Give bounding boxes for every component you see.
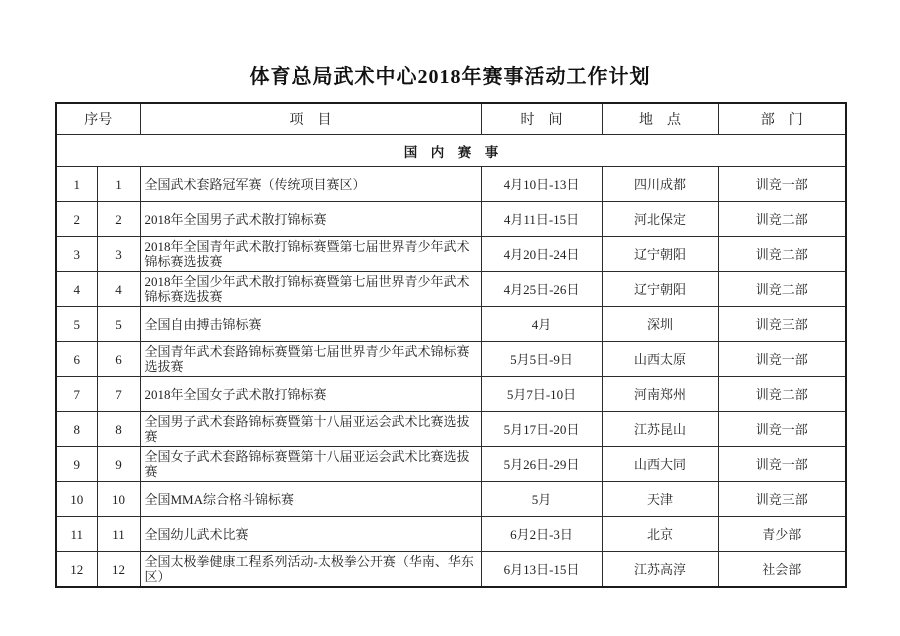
event-time: 4月10日-13日 (481, 167, 602, 202)
event-name: 2018年全国青年武术散打锦标赛暨第七届世界青少年武术锦标赛选拔赛 (140, 237, 481, 272)
event-name: 全国男子武术套路锦标赛暨第十八届亚运会武术比赛选拔赛 (140, 412, 481, 447)
page-title: 体育总局武术中心2018年赛事活动工作计划 (0, 0, 900, 89)
event-name: 2018年全国少年武术散打锦标赛暨第七届世界青少年武术锦标赛选拔赛 (140, 272, 481, 307)
row-number-secondary: 12 (97, 552, 140, 588)
row-number-secondary: 4 (97, 272, 140, 307)
event-name: 全国自由搏击锦标赛 (140, 307, 481, 342)
row-number-secondary: 9 (97, 447, 140, 482)
event-name: 全国太极拳健康工程系列活动-太极拳公开赛（华南、华东区） (140, 552, 481, 588)
event-location: 河北保定 (602, 202, 718, 237)
table-row: 55全国自由搏击锦标赛4月深圳训竞三部 (56, 307, 846, 342)
event-name: 全国青年武术套路锦标赛暨第七届世界青少年武术锦标赛选拔赛 (140, 342, 481, 377)
event-time: 4月11日-15日 (481, 202, 602, 237)
table-row: 1010全国MMA综合格斗锦标赛5月天津训竞三部 (56, 482, 846, 517)
event-department: 训竞二部 (718, 202, 846, 237)
header-location: 地 点 (602, 103, 718, 135)
row-number-secondary: 10 (97, 482, 140, 517)
event-location: 辽宁朝阳 (602, 237, 718, 272)
event-time: 4月20日-24日 (481, 237, 602, 272)
row-number-primary: 1 (56, 167, 97, 202)
row-number-primary: 4 (56, 272, 97, 307)
event-department: 训竞一部 (718, 342, 846, 377)
event-name: 2018年全国女子武术散打锦标赛 (140, 377, 481, 412)
table-row: 99全国女子武术套路锦标赛暨第十八届亚运会武术比赛选拔赛5月26日-29日山西大… (56, 447, 846, 482)
event-location: 河南郑州 (602, 377, 718, 412)
event-department: 社会部 (718, 552, 846, 588)
schedule-table: 序号 项 目 时 间 地 点 部 门 国 内 赛 事 11全国武术套路冠军赛（传… (55, 102, 847, 588)
row-number-secondary: 8 (97, 412, 140, 447)
row-number-secondary: 6 (97, 342, 140, 377)
header-row: 序号 项 目 时 间 地 点 部 门 (56, 103, 846, 135)
row-number-primary: 10 (56, 482, 97, 517)
header-department: 部 门 (718, 103, 846, 135)
event-location: 江苏高淳 (602, 552, 718, 588)
event-department: 训竞一部 (718, 412, 846, 447)
row-number-primary: 12 (56, 552, 97, 588)
event-department: 训竞二部 (718, 272, 846, 307)
event-time: 6月2日-3日 (481, 517, 602, 552)
event-location: 山西太原 (602, 342, 718, 377)
event-location: 山西大同 (602, 447, 718, 482)
event-time: 5月7日-10日 (481, 377, 602, 412)
event-name: 全国幼儿武术比赛 (140, 517, 481, 552)
row-number-primary: 11 (56, 517, 97, 552)
event-department: 训竞三部 (718, 482, 846, 517)
event-time: 5月17日-20日 (481, 412, 602, 447)
event-name: 全国武术套路冠军赛（传统项目赛区） (140, 167, 481, 202)
event-department: 训竞三部 (718, 307, 846, 342)
header-index: 序号 (56, 103, 140, 135)
row-number-secondary: 11 (97, 517, 140, 552)
event-time: 5月 (481, 482, 602, 517)
table-row: 11全国武术套路冠军赛（传统项目赛区）4月10日-13日四川成都训竞一部 (56, 167, 846, 202)
table-row: 66全国青年武术套路锦标赛暨第七届世界青少年武术锦标赛选拔赛5月5日-9日山西太… (56, 342, 846, 377)
table-row: 222018年全国男子武术散打锦标赛4月11日-15日河北保定训竞二部 (56, 202, 846, 237)
row-number-primary: 7 (56, 377, 97, 412)
section-row: 国 内 赛 事 (56, 135, 846, 167)
header-project: 项 目 (140, 103, 481, 135)
section-title: 国 内 赛 事 (56, 135, 846, 167)
header-time: 时 间 (481, 103, 602, 135)
event-name: 全国女子武术套路锦标赛暨第十八届亚运会武术比赛选拔赛 (140, 447, 481, 482)
event-location: 北京 (602, 517, 718, 552)
event-location: 天津 (602, 482, 718, 517)
row-number-secondary: 1 (97, 167, 140, 202)
row-number-primary: 2 (56, 202, 97, 237)
row-number-secondary: 5 (97, 307, 140, 342)
event-department: 训竞一部 (718, 447, 846, 482)
table-row: 88全国男子武术套路锦标赛暨第十八届亚运会武术比赛选拔赛5月17日-20日江苏昆… (56, 412, 846, 447)
row-number-secondary: 7 (97, 377, 140, 412)
event-location: 深圳 (602, 307, 718, 342)
table-body: 11全国武术套路冠军赛（传统项目赛区）4月10日-13日四川成都训竞一部2220… (56, 167, 846, 588)
row-number-primary: 8 (56, 412, 97, 447)
event-time: 5月26日-29日 (481, 447, 602, 482)
row-number-primary: 5 (56, 307, 97, 342)
event-department: 训竞二部 (718, 237, 846, 272)
event-location: 四川成都 (602, 167, 718, 202)
event-location: 江苏昆山 (602, 412, 718, 447)
event-location: 辽宁朝阳 (602, 272, 718, 307)
table-row: 1212全国太极拳健康工程系列活动-太极拳公开赛（华南、华东区）6月13日-15… (56, 552, 846, 588)
event-time: 5月5日-9日 (481, 342, 602, 377)
event-name: 2018年全国男子武术散打锦标赛 (140, 202, 481, 237)
event-department: 青少部 (718, 517, 846, 552)
row-number-primary: 9 (56, 447, 97, 482)
row-number-primary: 6 (56, 342, 97, 377)
event-department: 训竞一部 (718, 167, 846, 202)
row-number-primary: 3 (56, 237, 97, 272)
row-number-secondary: 3 (97, 237, 140, 272)
table-row: 772018年全国女子武术散打锦标赛5月7日-10日河南郑州训竞二部 (56, 377, 846, 412)
event-time: 4月 (481, 307, 602, 342)
document-page: 体育总局武术中心2018年赛事活动工作计划 序号 项 目 时 间 地 点 部 门… (0, 0, 900, 636)
event-name: 全国MMA综合格斗锦标赛 (140, 482, 481, 517)
table-row: 442018年全国少年武术散打锦标赛暨第七届世界青少年武术锦标赛选拔赛4月25日… (56, 272, 846, 307)
event-time: 6月13日-15日 (481, 552, 602, 588)
event-department: 训竞二部 (718, 377, 846, 412)
event-time: 4月25日-26日 (481, 272, 602, 307)
table-row: 332018年全国青年武术散打锦标赛暨第七届世界青少年武术锦标赛选拔赛4月20日… (56, 237, 846, 272)
row-number-secondary: 2 (97, 202, 140, 237)
table-row: 1111全国幼儿武术比赛6月2日-3日北京青少部 (56, 517, 846, 552)
